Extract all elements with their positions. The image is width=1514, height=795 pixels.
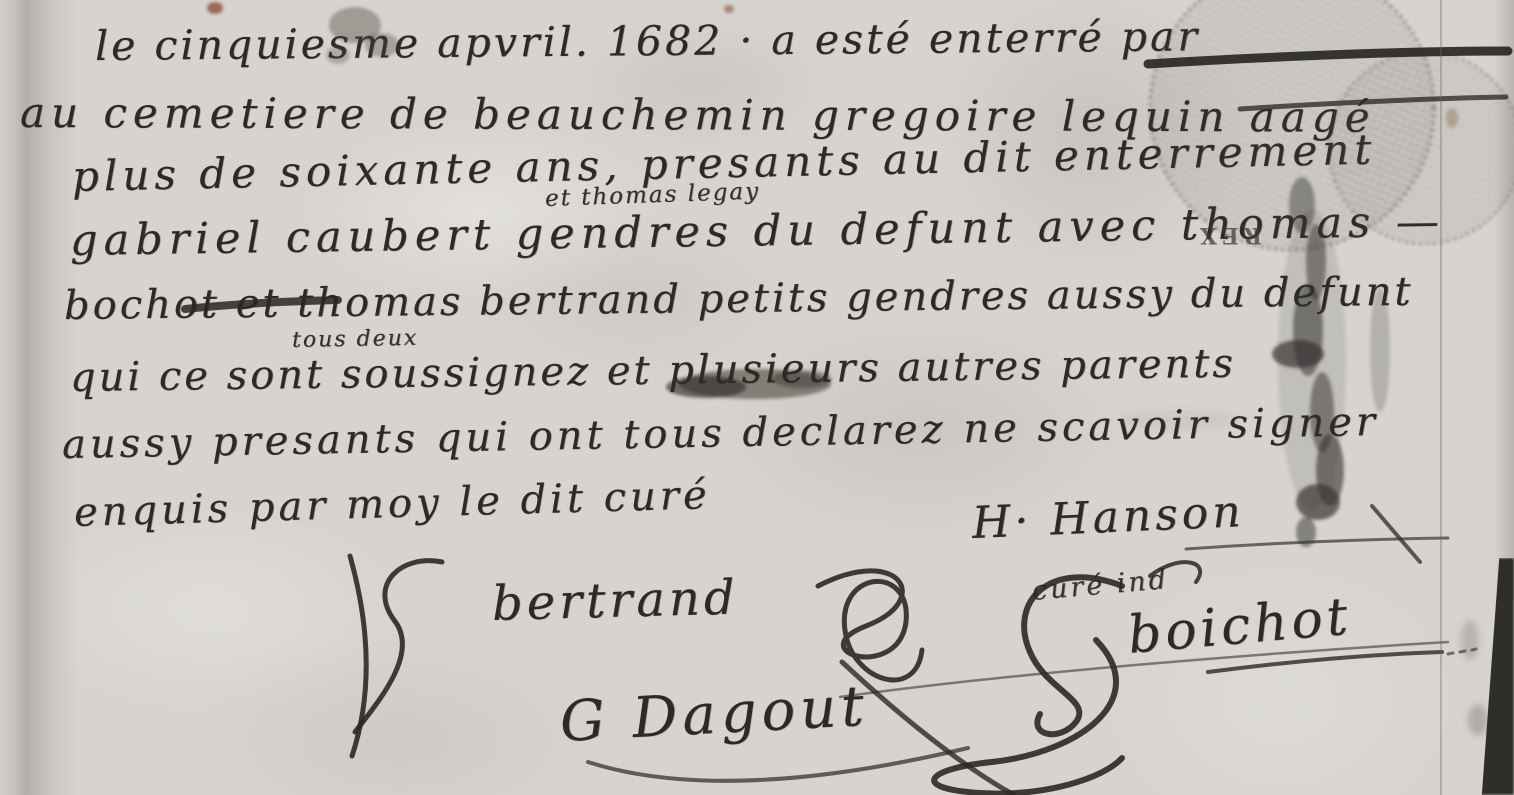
manuscript-line-4: gabriel caubert gendres du defunt avec t… [70, 197, 1446, 266]
show-through-marks [1120, 410, 1488, 736]
paraph-cross-flourish [350, 556, 442, 756]
signature-hanson: H· Hanson [971, 486, 1246, 549]
manuscript-line-1: le cinquiesme apvril. 1682 · a esté ente… [95, 12, 1200, 70]
manuscript-line-5: bochot et thomas bertrand petits gendres… [64, 269, 1414, 329]
signature-bertrand: bertrand [491, 570, 739, 632]
page-edge-shading [1494, 0, 1514, 600]
manuscript-line-6: qui ce sont soussignez et plusieurs autr… [70, 341, 1236, 401]
manuscript-line-7: aussy presants qui ont tous declarez ne … [62, 399, 1380, 468]
signature-cure-title: curé ind [1031, 564, 1170, 607]
manuscript-line-8: enquis par moy le dit curé [73, 472, 711, 536]
manuscript-page: le cinquiesme apvril. 1682 · a esté ente… [0, 0, 1514, 795]
interlinear-insertion-2: tous deux [292, 326, 419, 353]
page-edge-dark [1468, 558, 1514, 795]
signature-dagout: G Dagout [558, 674, 870, 755]
page-fold-line [1440, 0, 1442, 795]
signature-boichot: boichot [1125, 587, 1353, 666]
bertrand-flourish [818, 571, 922, 680]
